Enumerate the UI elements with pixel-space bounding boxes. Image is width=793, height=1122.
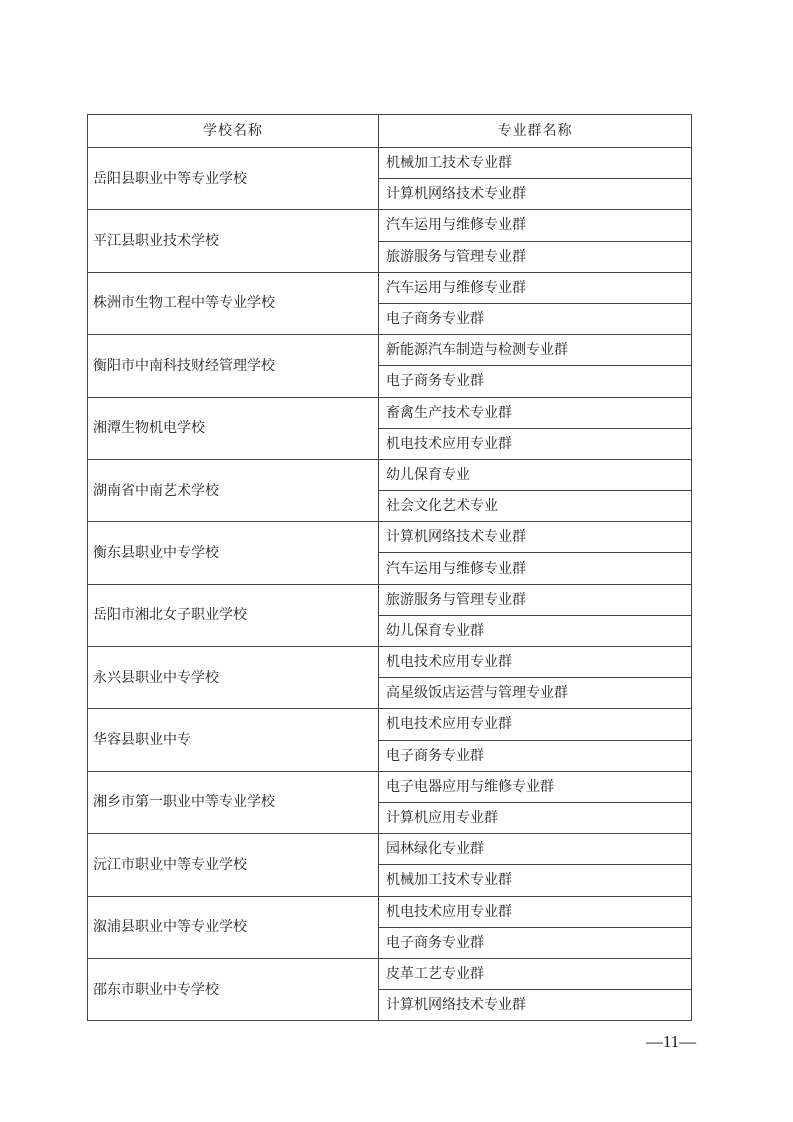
table-header-row: 学校名称 专业群名称 — [88, 115, 692, 148]
major-group-cell: 电子商务专业群 — [379, 303, 692, 334]
major-group-cell: 机械加工技术专业群 — [379, 148, 692, 179]
major-group-cell: 社会文化艺术专业 — [379, 491, 692, 522]
major-group-cell: 旅游服务与管理专业群 — [379, 584, 692, 615]
table-row: 岳阳市湘北女子职业学校 旅游服务与管理专业群 — [88, 584, 692, 615]
school-name-cell: 湘乡市第一职业中等专业学校 — [88, 771, 379, 833]
major-group-cell: 机电技术应用专业群 — [379, 428, 692, 459]
header-school-name: 学校名称 — [88, 115, 379, 148]
major-group-cell: 电子商务专业群 — [379, 927, 692, 958]
major-group-cell: 电子商务专业群 — [379, 740, 692, 771]
school-name-cell: 湘潭生物机电学校 — [88, 397, 379, 459]
table-row: 湘乡市第一职业中等专业学校 电子电器应用与维修专业群 — [88, 771, 692, 802]
school-name-cell: 岳阳市湘北女子职业学校 — [88, 584, 379, 646]
table-row: 衡东县职业中专学校 计算机网络技术专业群 — [88, 522, 692, 553]
table-row: 湖南省中南艺术学校 幼儿保育专业 — [88, 459, 692, 490]
header-major-group-name: 专业群名称 — [379, 115, 692, 148]
school-name-cell: 衡阳市中南科技财经管理学校 — [88, 335, 379, 397]
table-row: 华容县职业中专 机电技术应用专业群 — [88, 709, 692, 740]
school-name-cell: 永兴县职业中专学校 — [88, 647, 379, 709]
major-group-cell: 幼儿保育专业 — [379, 459, 692, 490]
table-row: 永兴县职业中专学校 机电技术应用专业群 — [88, 647, 692, 678]
major-group-cell: 畜禽生产技术专业群 — [379, 397, 692, 428]
major-group-cell: 汽车运用与维修专业群 — [379, 210, 692, 241]
major-group-cell: 电子商务专业群 — [379, 366, 692, 397]
major-group-cell: 园林绿化专业群 — [379, 834, 692, 865]
major-group-cell: 旅游服务与管理专业群 — [379, 241, 692, 272]
major-group-cell: 机电技术应用专业群 — [379, 709, 692, 740]
major-group-cell: 计算机应用专业群 — [379, 802, 692, 833]
table-row: 邵东市职业中专学校 皮革工艺专业群 — [88, 958, 692, 989]
table-row: 沅江市职业中等专业学校 园林绿化专业群 — [88, 834, 692, 865]
school-name-cell: 溆浦县职业中等专业学校 — [88, 896, 379, 958]
table-row: 溆浦县职业中等专业学校 机电技术应用专业群 — [88, 896, 692, 927]
school-name-cell: 岳阳县职业中等专业学校 — [88, 148, 379, 210]
major-group-cell: 机械加工技术专业群 — [379, 865, 692, 896]
school-name-cell: 平江县职业技术学校 — [88, 210, 379, 272]
table-row: 平江县职业技术学校 汽车运用与维修专业群 — [88, 210, 692, 241]
page-number: —11— — [640, 1032, 702, 1052]
major-group-cell: 新能源汽车制造与检测专业群 — [379, 335, 692, 366]
table-row: 湘潭生物机电学校 畜禽生产技术专业群 — [88, 397, 692, 428]
school-name-cell: 衡东县职业中专学校 — [88, 522, 379, 584]
school-name-cell: 华容县职业中专 — [88, 709, 379, 771]
major-group-cell: 汽车运用与维修专业群 — [379, 272, 692, 303]
school-name-cell: 沅江市职业中等专业学校 — [88, 834, 379, 896]
school-name-cell: 湖南省中南艺术学校 — [88, 459, 379, 521]
school-major-table: 学校名称 专业群名称 岳阳县职业中等专业学校 机械加工技术专业群 计算机网络技术… — [87, 114, 692, 1021]
table-row: 岳阳县职业中等专业学校 机械加工技术专业群 — [88, 148, 692, 179]
major-group-cell: 机电技术应用专业群 — [379, 896, 692, 927]
table-row: 株洲市生物工程中等专业学校 汽车运用与维修专业群 — [88, 272, 692, 303]
school-name-cell: 株洲市生物工程中等专业学校 — [88, 272, 379, 334]
school-name-cell: 邵东市职业中专学校 — [88, 958, 379, 1020]
major-group-cell: 计算机网络技术专业群 — [379, 522, 692, 553]
major-group-cell: 计算机网络技术专业群 — [379, 179, 692, 210]
major-group-cell: 电子电器应用与维修专业群 — [379, 771, 692, 802]
major-group-cell: 汽车运用与维修专业群 — [379, 553, 692, 584]
major-group-cell: 计算机网络技术专业群 — [379, 990, 692, 1021]
major-group-cell: 机电技术应用专业群 — [379, 647, 692, 678]
major-group-cell: 幼儿保育专业群 — [379, 615, 692, 646]
major-group-cell: 皮革工艺专业群 — [379, 958, 692, 989]
table-row: 衡阳市中南科技财经管理学校 新能源汽车制造与检测专业群 — [88, 335, 692, 366]
document-page: 学校名称 专业群名称 岳阳县职业中等专业学校 机械加工技术专业群 计算机网络技术… — [0, 0, 793, 1122]
major-group-cell: 高星级饭店运营与管理专业群 — [379, 678, 692, 709]
